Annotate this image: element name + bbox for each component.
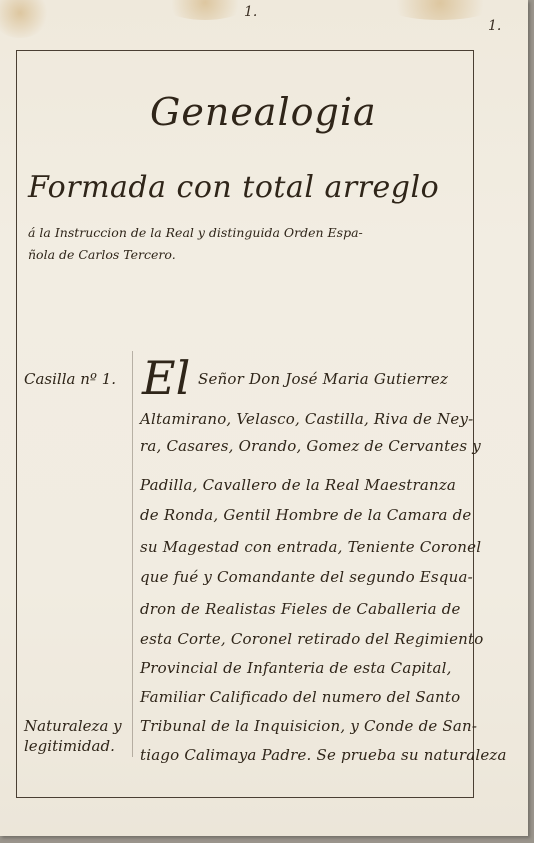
document-subtitle: Formada con total arreglo	[28, 170, 439, 205]
body-line: Señor Don José Maria Gutierrez	[198, 370, 448, 388]
instruction-line-1: á la Instruccion de la Real y distinguid…	[28, 225, 363, 240]
casilla-label: Casilla nº 1.	[24, 370, 116, 388]
naturaleza-label-line-1: Naturaleza y	[24, 717, 122, 735]
naturaleza-label-line-2: legitimidad.	[24, 737, 115, 755]
water-stain	[380, 0, 500, 20]
body-column-rule	[132, 351, 133, 757]
instruction-line-2: ñola de Carlos Tercero.	[28, 247, 176, 262]
body-line: esta Corte, Coronel retirado del Regimie…	[140, 630, 483, 648]
body-line: Provincial de Infanteria de esta Capital…	[140, 659, 452, 677]
drop-capital: El	[142, 355, 190, 401]
body-line: Altamirano, Velasco, Castilla, Riva de N…	[140, 410, 473, 428]
body-line: Padilla, Cavallero de la Real Maestranza	[140, 476, 456, 494]
water-stain	[0, 0, 50, 38]
body-line: su Magestad con entrada, Teniente Corone…	[140, 538, 481, 556]
water-stain	[160, 0, 250, 20]
folio-number-center: 1.	[244, 4, 257, 20]
manuscript-page: 1. 1. Genealogia Formada con total arreg…	[0, 0, 528, 836]
body-line: que fué y Comandante del segundo Esqua-	[140, 568, 473, 586]
body-line: de Ronda, Gentil Hombre de la Camara de	[140, 506, 471, 524]
body-line: ra, Casares, Orando, Gomez de Cervantes …	[140, 437, 481, 455]
document-title: Genealogia	[150, 90, 377, 134]
folio-number-right: 1.	[488, 18, 501, 34]
body-line: Familiar Calificado del numero del Santo	[140, 688, 460, 706]
body-line: dron de Realistas Fieles de Caballeria d…	[140, 600, 461, 618]
body-line: tiago Calimaya Padre. Se prueba su natur…	[140, 746, 507, 764]
body-line: Tribunal de la Inquisicion, y Conde de S…	[140, 717, 477, 735]
